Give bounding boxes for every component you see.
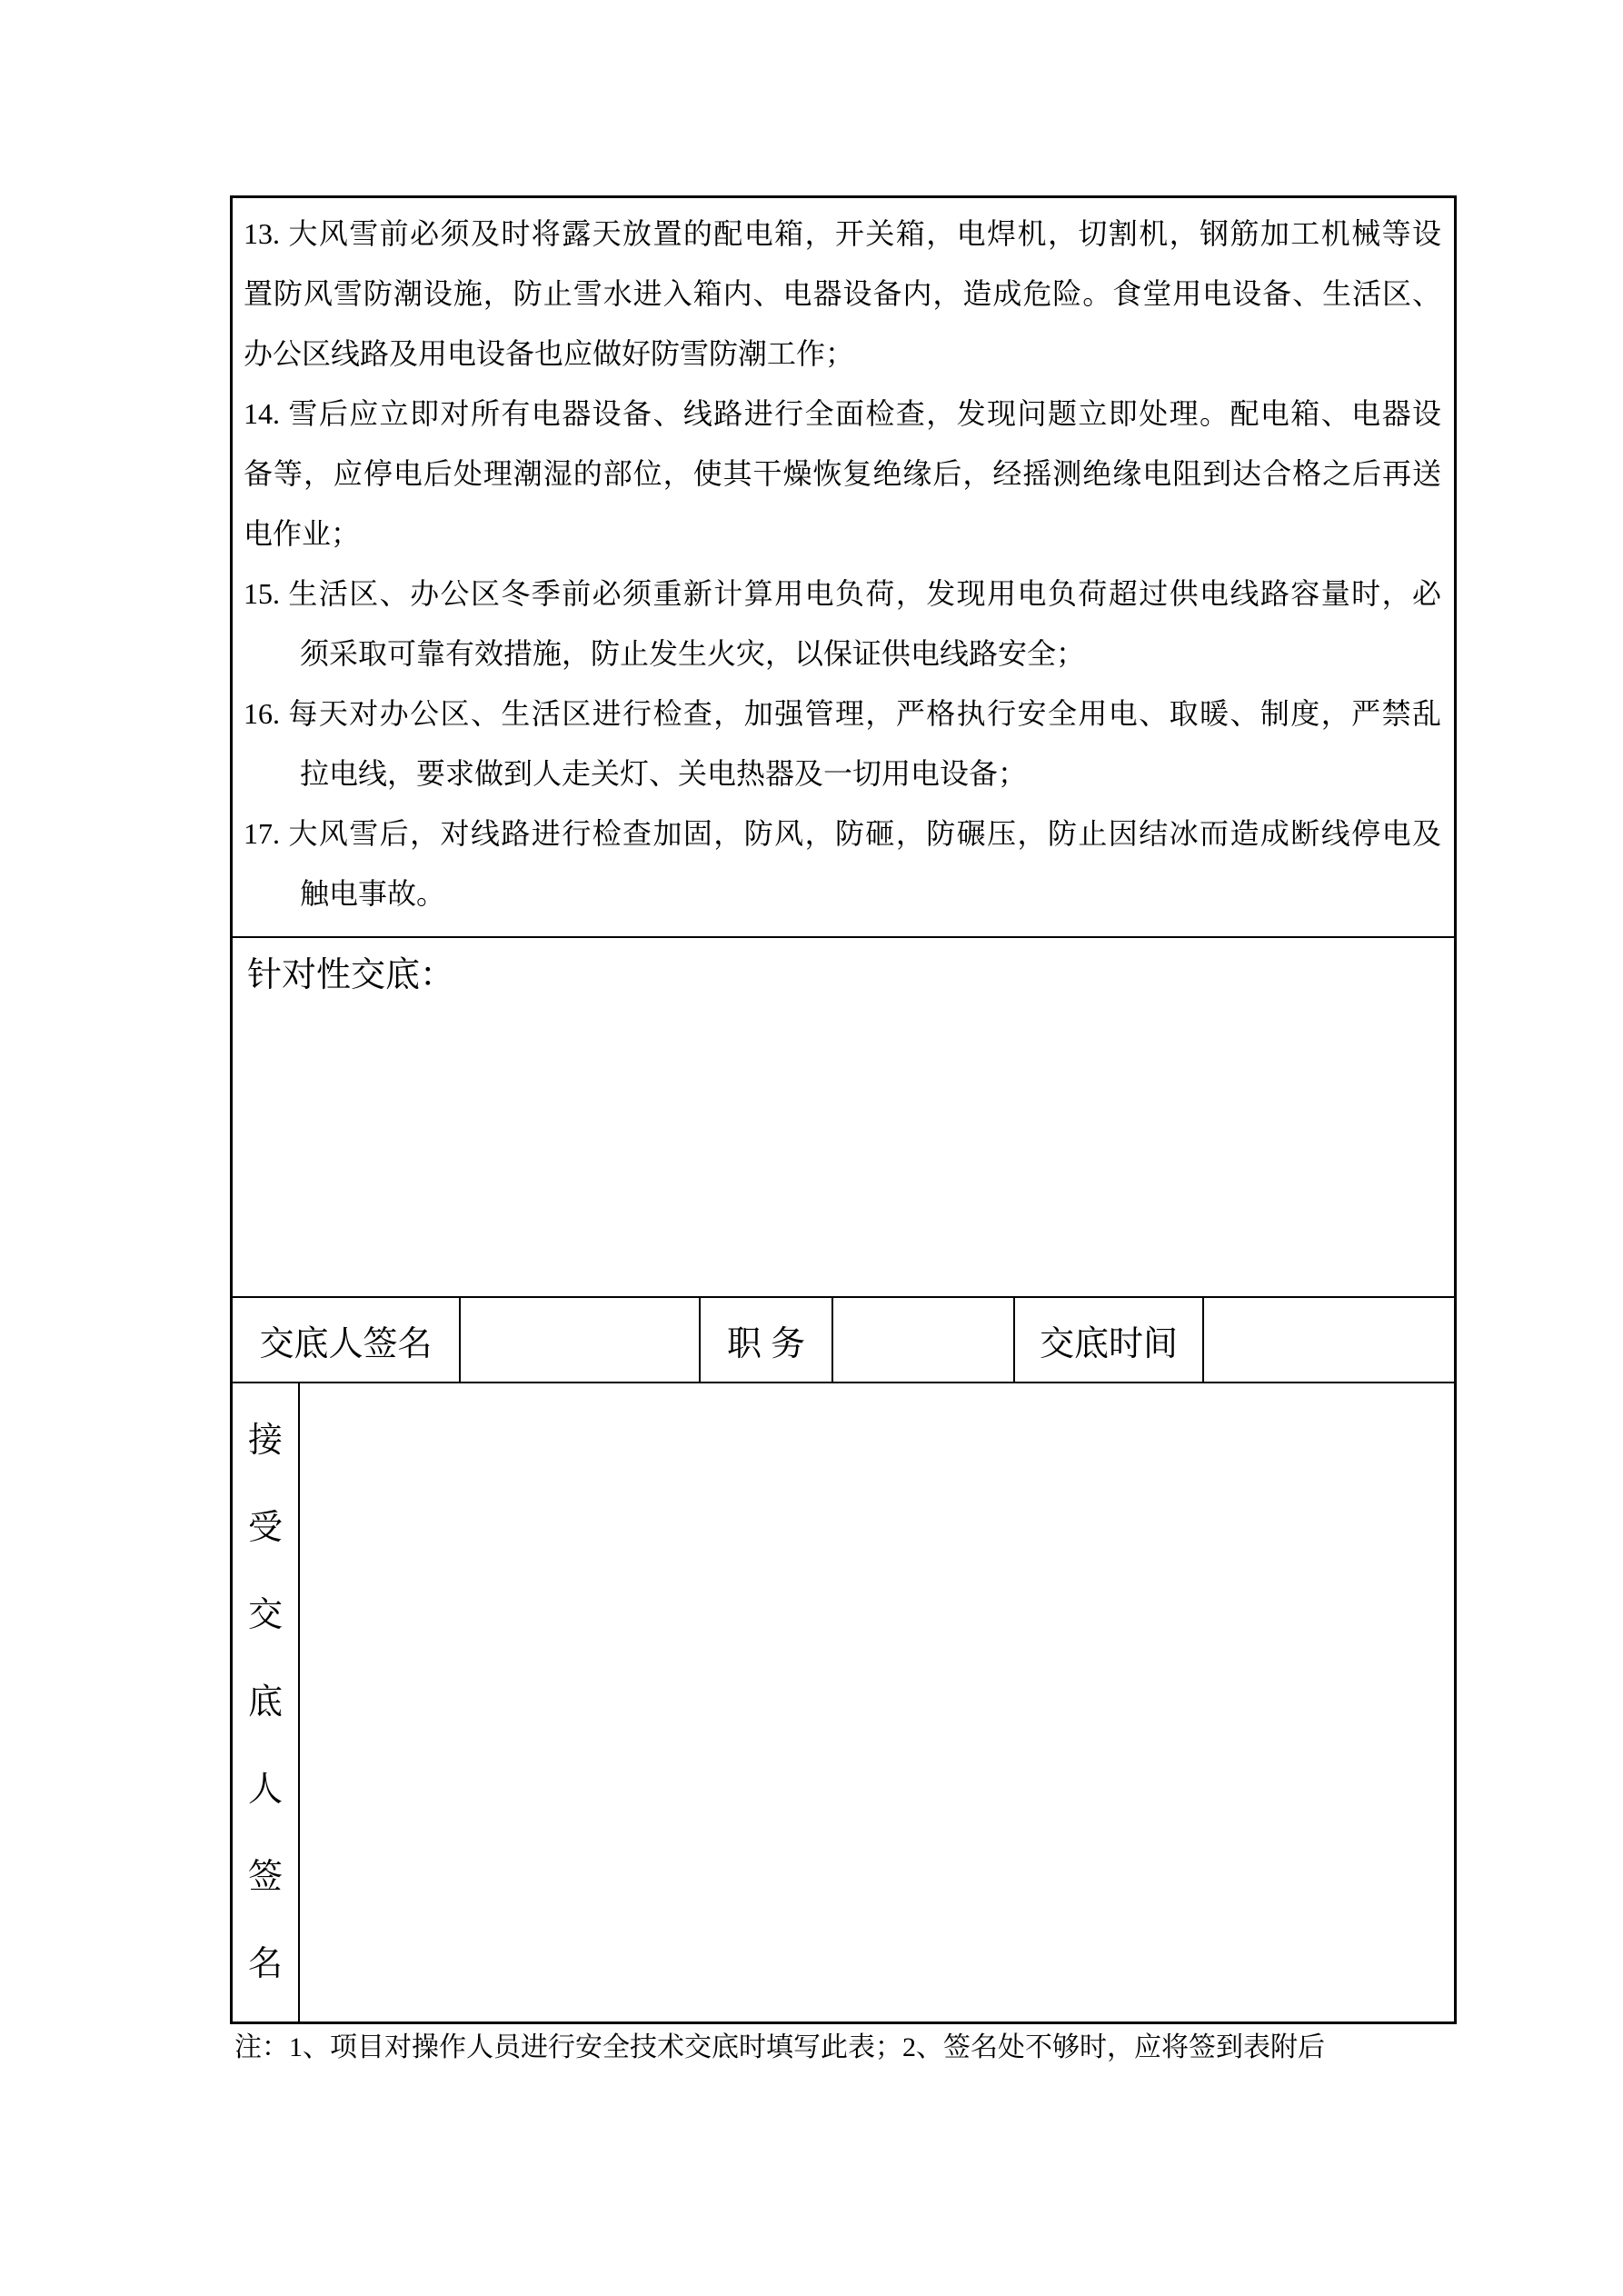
document-page: { "doc": { "items_lines": [ "13. 大风雪前必须及… — [0, 0, 1623, 2296]
receiver-signature-area[interactable] — [300, 1383, 1454, 2021]
duty-label: 职务 — [701, 1298, 833, 1382]
safety-items-section: 13. 大风雪前必须及时将露天放置的配电箱，开关箱，电焊机，切割机，钢筋加工机械… — [233, 198, 1454, 938]
receiver-label-char: 接 — [248, 1423, 283, 1459]
receiver-label-char: 底 — [248, 1684, 283, 1721]
signature-row: 交底人签名 职务 交底时间 — [233, 1298, 1454, 1383]
disclosure-time-field[interactable] — [1204, 1298, 1454, 1382]
item-line: 须采取可靠有效措施，防止发生火灾，以保证供电线路安全； — [244, 624, 1441, 684]
item-line: 16. 每天对办公区、生活区进行检查，加强管理，严格执行安全用电、取暖、制度，严… — [244, 684, 1441, 744]
receiver-label-char: 人 — [248, 1772, 283, 1808]
item-line: 15. 生活区、办公区冬季前必须重新计算用电负荷，发现用电负荷超过供电线路容量时… — [244, 564, 1441, 624]
item-line: 14. 雪后应立即对所有电器设备、线路进行全面检查，发现问题立即处理。配电箱、电… — [244, 384, 1441, 444]
discloser-signature-field[interactable] — [461, 1298, 701, 1382]
item-line: 拉电线，要求做到人走关灯、关电热器及一切用电设备； — [244, 744, 1441, 804]
receiver-label-char: 名 — [248, 1946, 283, 1982]
targeted-disclosure-content-area[interactable] — [247, 998, 1441, 1296]
targeted-disclosure-section: 针对性交底： — [233, 938, 1454, 1298]
receiver-label-char: 受 — [248, 1510, 283, 1546]
item-line: 办公区线路及用电设备也应做好防雪防潮工作； — [244, 324, 1441, 384]
discloser-signature-label: 交底人签名 — [233, 1298, 461, 1382]
item-line: 13. 大风雪前必须及时将露天放置的配电箱，开关箱，电焊机，切割机，钢筋加工机械… — [244, 204, 1441, 264]
item-line: 17. 大风雪后，对线路进行检查加固，防风，防砸，防碾压，防止因结冰而造成断线停… — [244, 804, 1441, 863]
item-line: 触电事故。 — [244, 863, 1441, 923]
receiver-label-char: 签 — [248, 1859, 283, 1895]
duty-field[interactable] — [833, 1298, 1015, 1382]
item-line: 电作业； — [244, 504, 1441, 564]
targeted-disclosure-label: 针对性交底： — [247, 953, 1441, 998]
receiver-label-char: 交 — [248, 1597, 283, 1633]
item-line: 置防风雪防潮设施，防止雪水进入箱内、电器设备内，造成危险。食堂用电设备、生活区、 — [244, 264, 1441, 324]
disclosure-time-label: 交底时间 — [1015, 1298, 1204, 1382]
receiver-signature-label: 接 受 交 底 人 签 名 — [233, 1383, 300, 2021]
footer-note: 注：1、项目对操作人员进行安全技术交底时填写此表；2、签名处不够时，应将签到表附… — [234, 2029, 1325, 2067]
receiver-signature-row: 接 受 交 底 人 签 名 — [233, 1383, 1454, 2021]
disclosure-form-table: 13. 大风雪前必须及时将露天放置的配电箱，开关箱，电焊机，切割机，钢筋加工机械… — [230, 195, 1457, 2024]
item-line: 备等，应停电后处理潮湿的部位，使其干燥恢复绝缘后，经摇测绝缘电阻到达合格之后再送 — [244, 444, 1441, 504]
